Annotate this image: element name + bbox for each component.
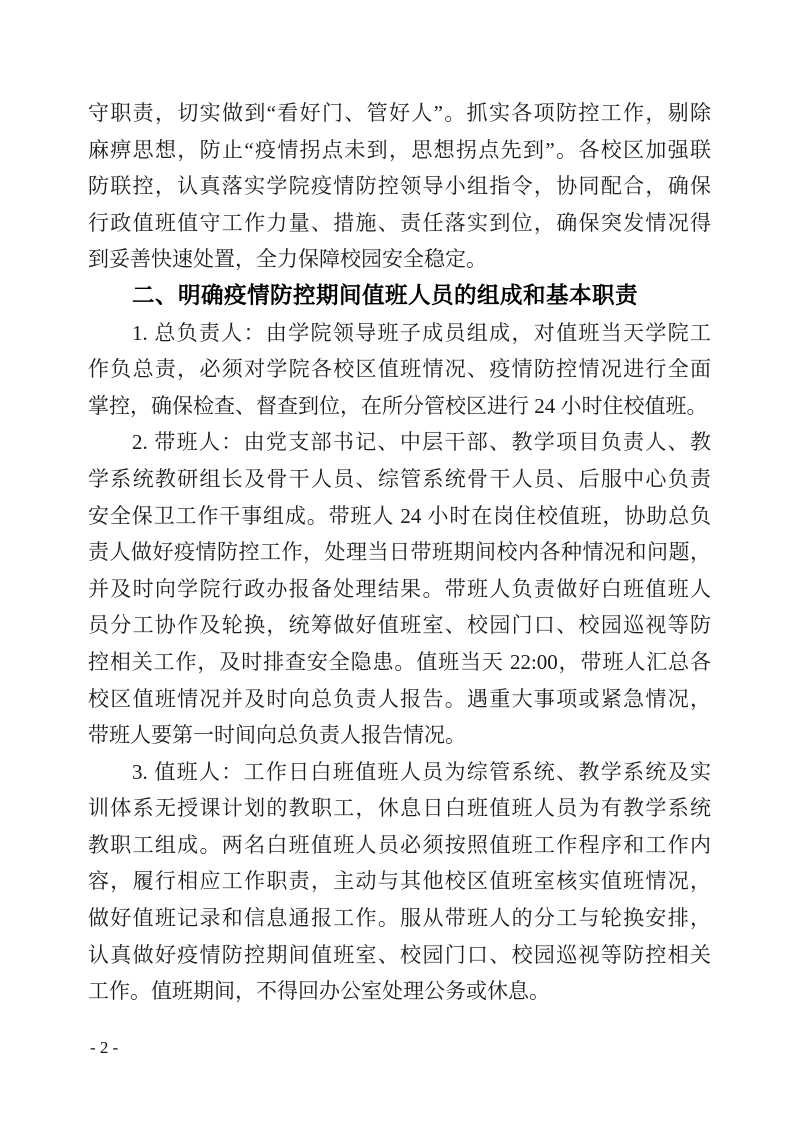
section-heading: 二、明确疫情防控期间值班人员的组成和基本职责 xyxy=(88,278,711,315)
text-line: 工作。值班期间，不得回办公室处理公务或休息。 xyxy=(88,973,711,1010)
text-line: 防联控，认真落实学院疫情防控领导小组指令，协同配合，确保 xyxy=(88,168,711,205)
paragraph-general-director: 1. 总负责人：由学院领导班子成员组成，对值班当天学院工 作负总责，必须对学院各… xyxy=(88,315,711,425)
text-line: 责人做好疫情防控工作，处理当日带班期间校内各种情况和问题， xyxy=(88,534,711,571)
text-line: 掌控，确保检查、督查到位，在所分管校区进行 24 小时住校值班。 xyxy=(88,388,711,425)
paragraph-continuation: 守职责，切实做到“看好门、管好人”。抓实各项防控工作，剔除 麻痹思想，防止“疫情… xyxy=(88,95,711,278)
text-line: 3. 值班人：工作日白班值班人员为综管系统、教学系统及实 xyxy=(88,754,711,791)
text-line: 员分工协作及轮换，统筹做好值班室、校园门口、校园巡视等防 xyxy=(88,607,711,644)
text-line: 守职责，切实做到“看好门、管好人”。抓实各项防控工作，剔除 xyxy=(88,95,711,132)
text-line: 容，履行相应工作职责，主动与其他校区值班室核实值班情况， xyxy=(88,863,711,900)
paragraph-duty-staff: 3. 值班人：工作日白班值班人员为综管系统、教学系统及实 训体系无授课计划的教职… xyxy=(88,754,711,1010)
text-line: 认真做好疫情防控期间值班室、校园门口、校园巡视等防控相关 xyxy=(88,937,711,974)
page-number: - 2 - xyxy=(90,1038,118,1058)
text-line: 并及时向学院行政办报备处理结果。带班人负责做好白班值班人 xyxy=(88,571,711,608)
text-line: 1. 总负责人：由学院领导班子成员组成，对值班当天学院工 xyxy=(88,315,711,352)
text-line: 行政值班值守工作力量、措施、责任落实到位，确保突发情况得 xyxy=(88,205,711,242)
text-line: 麻痹思想，防止“疫情拐点未到，思想拐点先到”。各校区加强联 xyxy=(88,132,711,169)
text-line: 带班人要第一时间向总负责人报告情况。 xyxy=(88,717,711,754)
text-line: 学系统教研组长及骨干人员、综管系统骨干人员、后服中心负责 xyxy=(88,461,711,498)
text-line: 控相关工作，及时排查安全隐患。值班当天 22:00，带班人汇总各 xyxy=(88,644,711,681)
text-line: 校区值班情况并及时向总负责人报告。遇重大事项或紧急情况， xyxy=(88,681,711,718)
text-line: 作负总责，必须对学院各校区值班情况、疫情防控情况进行全面 xyxy=(88,351,711,388)
text-line: 做好值班记录和信息通报工作。服从带班人的分工与轮换安排， xyxy=(88,900,711,937)
text-line: 2. 带班人：由党支部书记、中层干部、教学项目负责人、教 xyxy=(88,424,711,461)
document-body: 守职责，切实做到“看好门、管好人”。抓实各项防控工作，剔除 麻痹思想，防止“疫情… xyxy=(88,95,711,1010)
text-line: 安全保卫工作干事组成。带班人 24 小时在岗住校值班，协助总负 xyxy=(88,498,711,535)
text-line: 教职工组成。两名白班值班人员必须按照值班工作程序和工作内 xyxy=(88,827,711,864)
text-line: 到妥善快速处置，全力保障校园安全稳定。 xyxy=(88,241,711,278)
paragraph-shift-leader: 2. 带班人：由党支部书记、中层干部、教学项目负责人、教 学系统教研组长及骨干人… xyxy=(88,424,711,753)
text-line: 训体系无授课计划的教职工，休息日白班值班人员为有教学系统 xyxy=(88,790,711,827)
document-page: 守职责，切实做到“看好门、管好人”。抓实各项防控工作，剔除 麻痹思想，防止“疫情… xyxy=(0,0,793,1122)
